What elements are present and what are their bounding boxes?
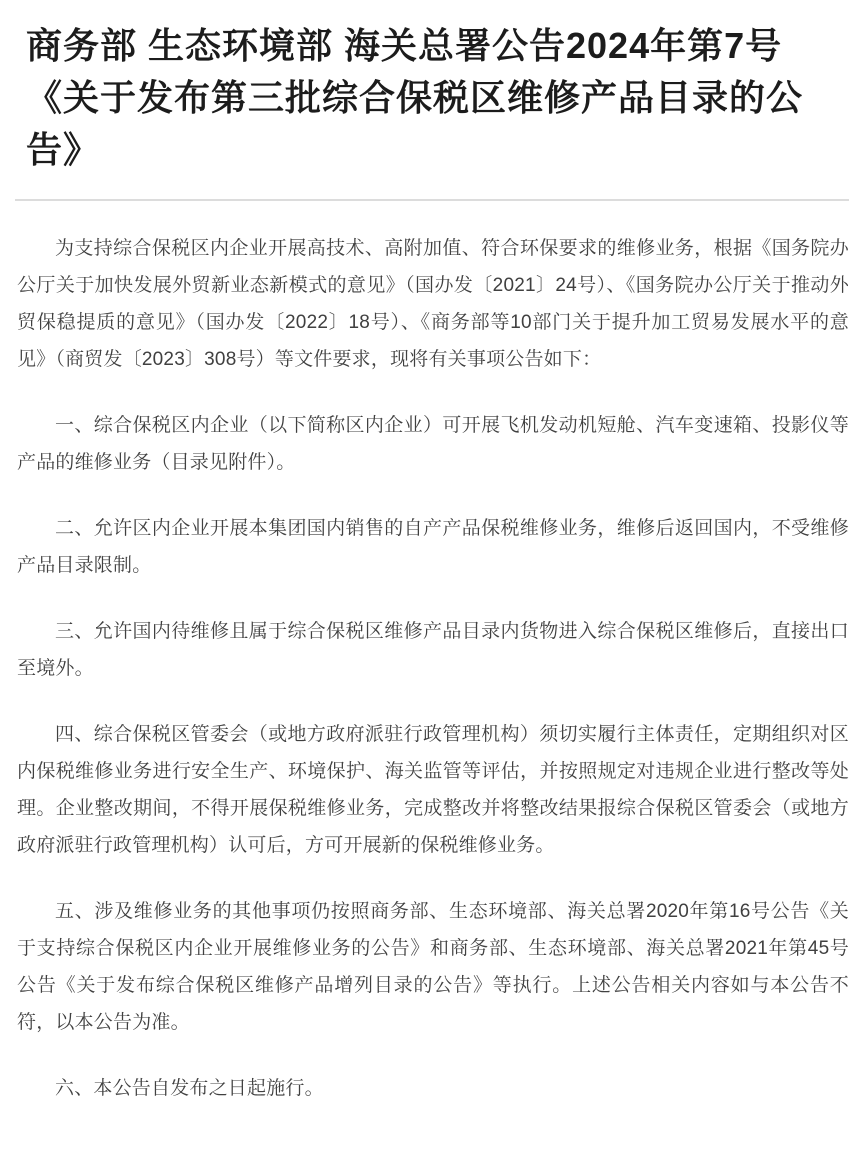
item-1-paragraph: 一、综合保税区内企业（以下简称区内企业）可开展飞机发动机短舱、汽车变速箱、投影仪… bbox=[17, 407, 849, 481]
item-6-paragraph: 六、本公告自发布之日起施行。 bbox=[17, 1070, 849, 1107]
page-title: 商务部 生态环境部 海关总署公告2024年第7号《关于发布第三批综合保税区维修产… bbox=[26, 20, 849, 176]
intro-paragraph: 为支持综合保税区内企业开展高技术、高附加值、符合环保要求的维修业务，根据《国务院… bbox=[17, 230, 849, 378]
title-divider bbox=[15, 199, 849, 201]
item-3-paragraph: 三、允许国内待维修且属于综合保税区维修产品目录内货物进入综合保税区维修后，直接出… bbox=[17, 613, 849, 687]
item-5-paragraph: 五、涉及维修业务的其他事项仍按照商务部、生态环境部、海关总署2020年第16号公… bbox=[17, 893, 849, 1041]
item-4-paragraph: 四、综合保税区管委会（或地方政府派驻行政管理机构）须切实履行主体责任，定期组织对… bbox=[17, 716, 849, 864]
announcement-page: 商务部 生态环境部 海关总署公告2024年第7号《关于发布第三批综合保税区维修产… bbox=[0, 0, 865, 1156]
announcement-body: 为支持综合保税区内企业开展高技术、高附加值、符合环保要求的维修业务，根据《国务院… bbox=[17, 230, 849, 1107]
item-2-paragraph: 二、允许区内企业开展本集团国内销售的自产产品保税维修业务，维修后返回国内，不受维… bbox=[17, 510, 849, 584]
